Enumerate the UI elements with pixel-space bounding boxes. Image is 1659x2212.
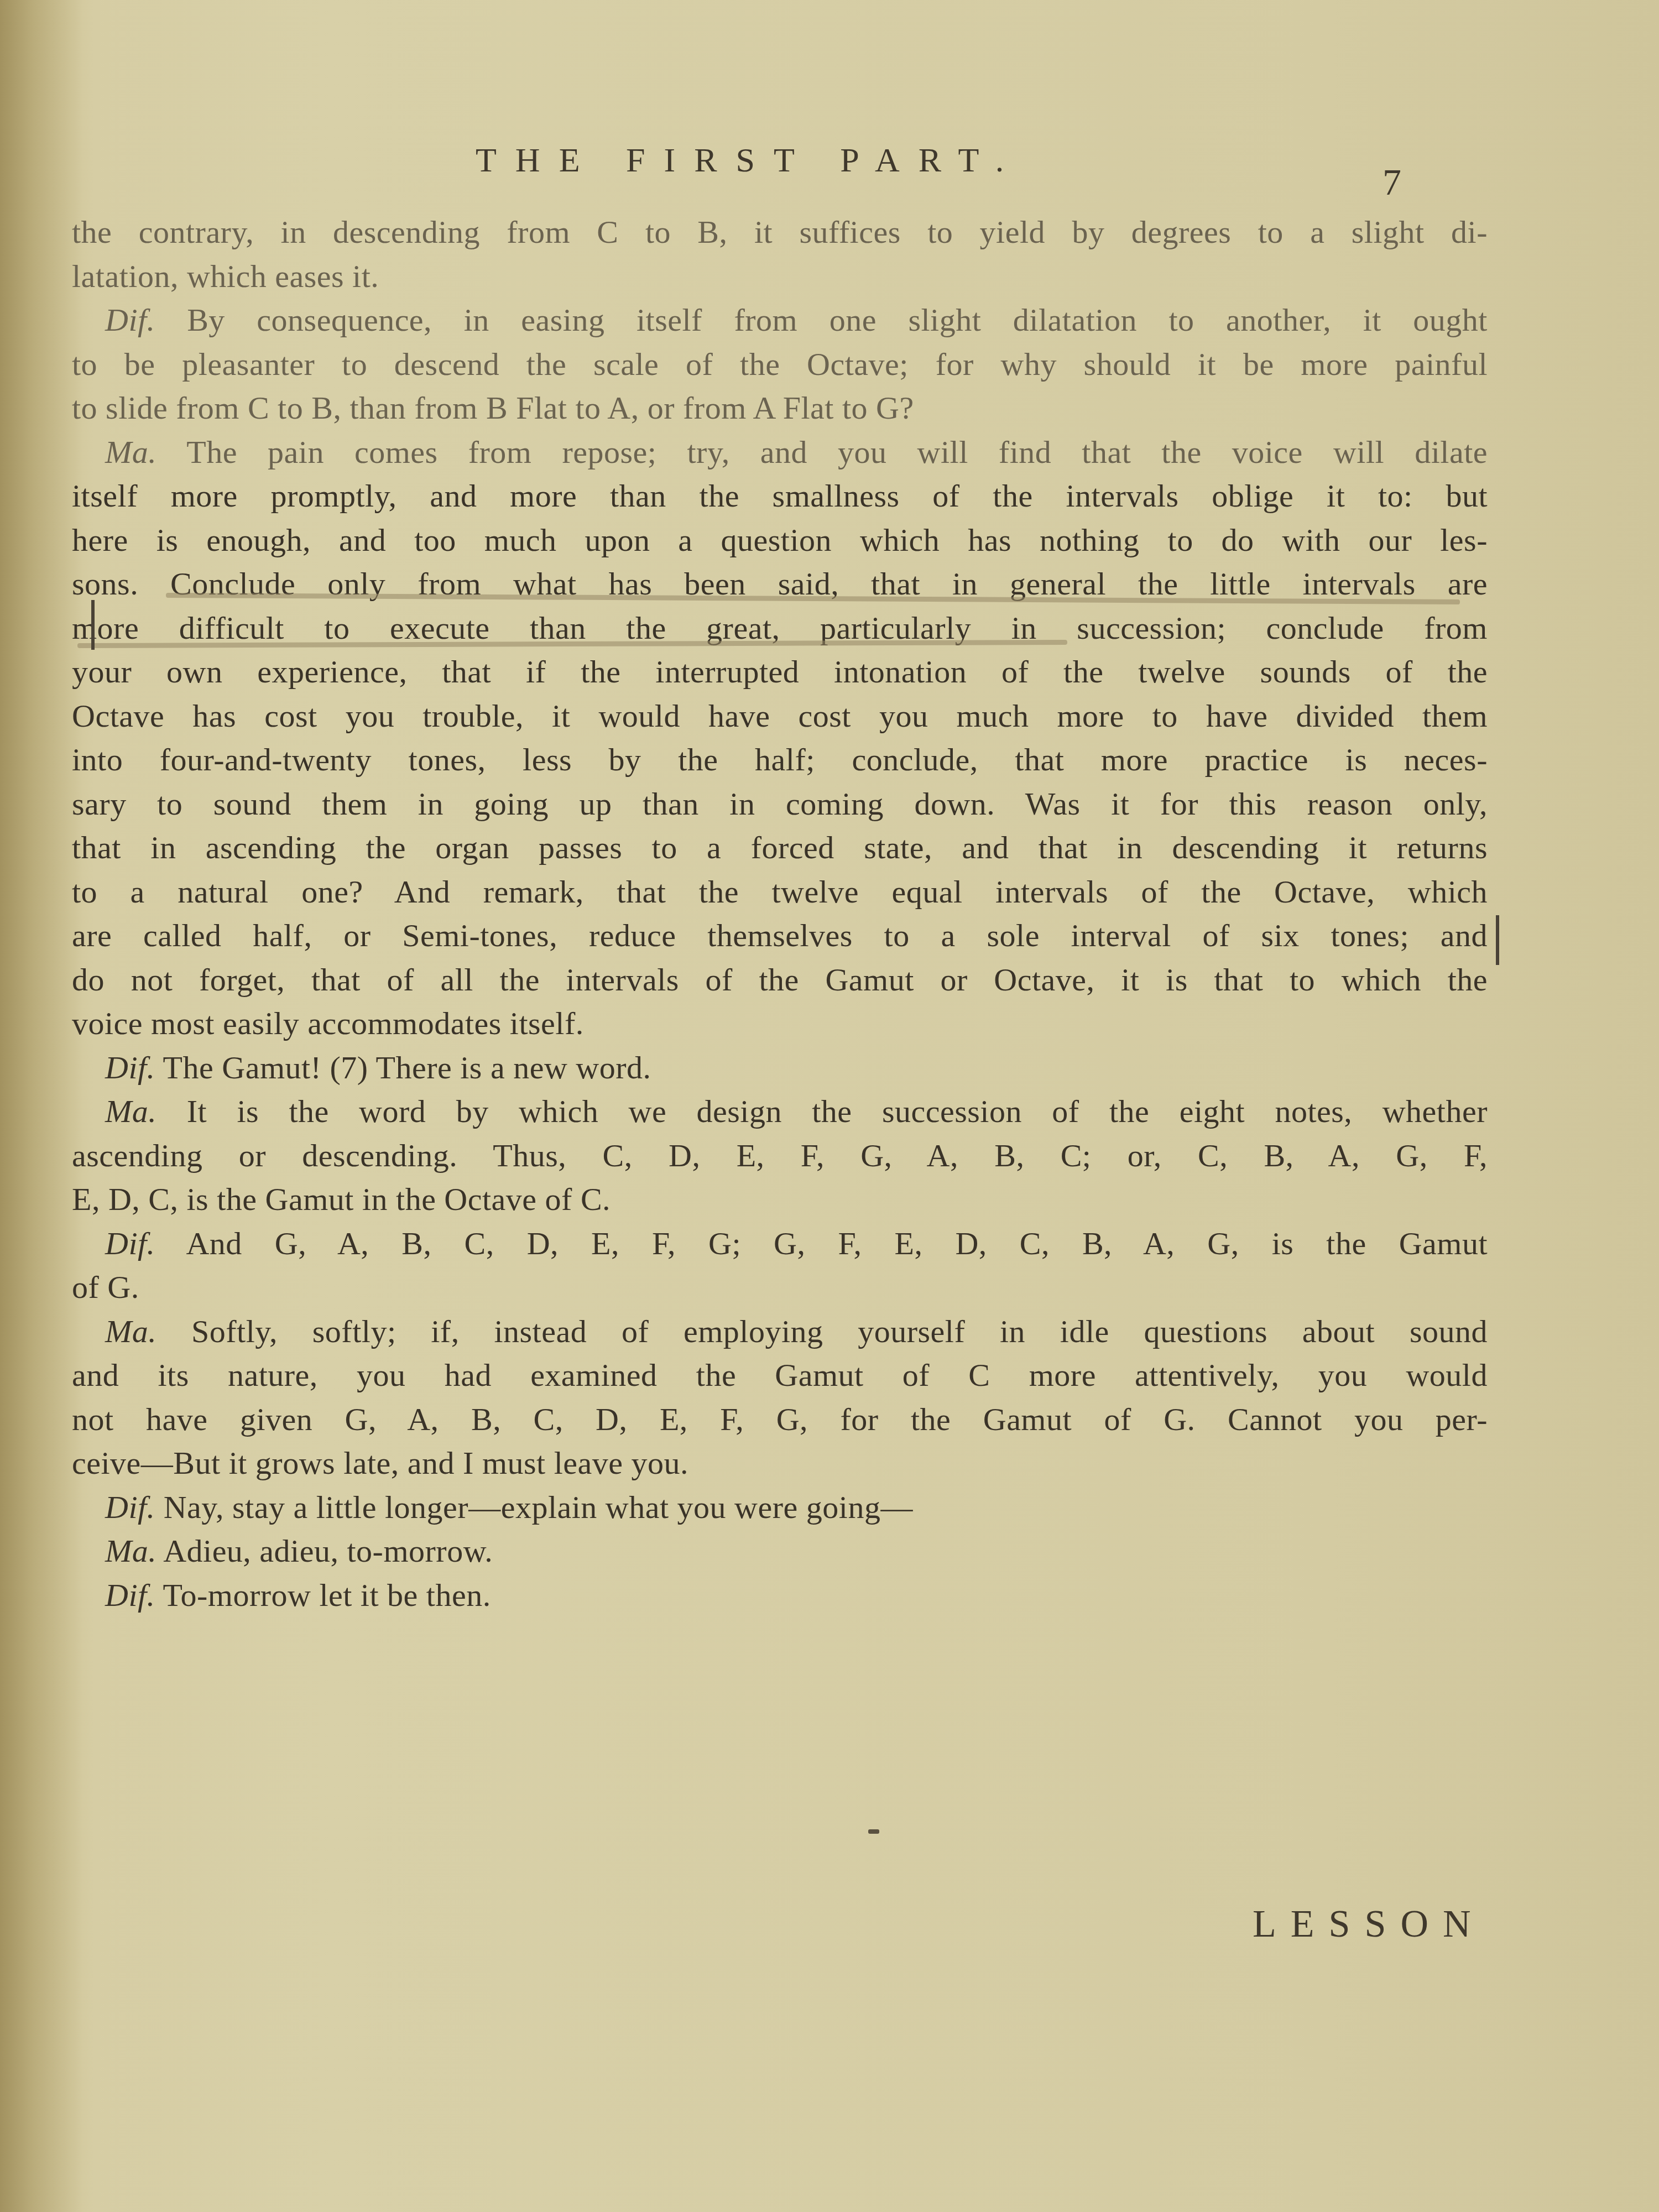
line-text: latation, which eases it.: [72, 258, 379, 294]
line-text: to slide from C to B, than from B Flat t…: [72, 390, 914, 426]
line-text: It is the word by which we design the su…: [156, 1093, 1488, 1129]
line-text: itself more promptly, and more than the …: [72, 478, 1488, 514]
text-line: here is enough, and too much upon a ques…: [72, 518, 1488, 562]
line-text: here is enough, and too much upon a ques…: [72, 522, 1488, 558]
book-page: THE FIRST PART. 7 the contrary, in desce…: [0, 0, 1659, 2212]
line-text: the contrary, in descending from C to B,…: [72, 214, 1488, 250]
margin-mark-right: [1496, 915, 1499, 965]
line-text: to a natural one? And remark, that the t…: [72, 874, 1488, 910]
text-line: Dif. To-morrow let it be then.: [72, 1573, 1488, 1618]
line-text: that in ascending the organ passes to a …: [72, 830, 1488, 865]
page-number: 7: [1383, 160, 1401, 204]
text-line: to a natural one? And remark, that the t…: [72, 870, 1488, 914]
speaker-label: Ma.: [105, 1313, 156, 1349]
line-text: The pain comes from repose; try, and you…: [156, 434, 1488, 470]
text-line: do not forget, that of all the intervals…: [72, 958, 1488, 1002]
gutter-shadow: [0, 0, 83, 2212]
speaker-label: Dif.: [105, 1489, 155, 1525]
text-line: Dif. And G, A, B, C, D, E, F, G; G, F, E…: [72, 1222, 1488, 1266]
text-line: ascending or descending. Thus, C, D, E, …: [72, 1134, 1488, 1178]
text-line: Octave has cost you trouble, it would ha…: [72, 694, 1488, 738]
line-text: By consequence, in easing itself from on…: [155, 302, 1488, 338]
line-text: and its nature, you had examined the Gam…: [72, 1357, 1488, 1393]
text-line: the contrary, in descending from C to B,…: [72, 210, 1488, 254]
text-line: Ma. It is the word by which we design th…: [72, 1089, 1488, 1134]
line-text: ascending or descending. Thus, C, D, E, …: [72, 1138, 1488, 1173]
line-text: The Gamut! (7) There is a new word.: [155, 1050, 651, 1086]
text-line: into four-and-twenty tones, less by the …: [72, 738, 1488, 782]
line-text: not have given G, A, B, C, D, E, F, G, f…: [72, 1401, 1488, 1437]
text-line: Ma. Softly, softly; if, instead of emplo…: [72, 1310, 1488, 1354]
text-line: itself more promptly, and more than the …: [72, 474, 1488, 518]
line-text: do not forget, that of all the intervals…: [72, 962, 1488, 998]
line-text: ceive—But it grows late, and I must leav…: [72, 1445, 688, 1481]
line-text: into four-and-twenty tones, less by the …: [72, 742, 1488, 778]
text-line: and its nature, you had examined the Gam…: [72, 1353, 1488, 1397]
line-text: of G.: [72, 1269, 139, 1305]
text-line: your own experience, that if the interru…: [72, 650, 1488, 694]
running-head: THE FIRST PART.: [476, 141, 1022, 180]
text-line: ceive—But it grows late, and I must leav…: [72, 1441, 1488, 1485]
section-divider: [868, 1829, 879, 1834]
text-line: latation, which eases it.: [72, 254, 1488, 299]
speaker-label: Dif.: [105, 1577, 155, 1613]
speaker-label: Ma.: [105, 1533, 156, 1569]
line-text: sary to sound them in going up than in c…: [72, 786, 1488, 822]
text-line: E, D, C, is the Gamut in the Octave of C…: [72, 1177, 1488, 1222]
text-line: sary to sound them in going up than in c…: [72, 782, 1488, 826]
text-line: not have given G, A, B, C, D, E, F, G, f…: [72, 1397, 1488, 1442]
text-line: to slide from C to B, than from B Flat t…: [72, 386, 1488, 430]
line-text: Softly, softly; if, instead of employing…: [156, 1313, 1488, 1349]
line-text: Octave has cost you trouble, it would ha…: [72, 698, 1488, 734]
line-text: voice most easily accommodates itself.: [72, 1005, 584, 1041]
text-line: Ma. The pain comes from repose; try, and…: [72, 430, 1488, 474]
text-line: voice most easily accommodates itself.: [72, 1001, 1488, 1046]
text-line: Ma. Adieu, adieu, to-morrow.: [72, 1529, 1488, 1573]
line-text: Nay, stay a little longer—explain what y…: [155, 1489, 913, 1525]
text-line: are called half, or Semi-tones, reduce t…: [72, 914, 1488, 958]
dialogue-body: the contrary, in descending from C to B,…: [72, 210, 1488, 1617]
speaker-label: Dif.: [105, 1050, 155, 1086]
line-text: And G, A, B, C, D, E, F, G; G, F, E, D, …: [155, 1225, 1488, 1261]
speaker-label: Dif.: [105, 302, 155, 338]
line-text: To-morrow let it be then.: [155, 1577, 491, 1613]
text-line: Dif. The Gamut! (7) There is a new word.: [72, 1046, 1488, 1090]
text-line: of G.: [72, 1265, 1488, 1310]
catchword: LESSON: [1253, 1902, 1485, 1947]
line-text: your own experience, that if the interru…: [72, 654, 1488, 690]
speaker-label: Dif.: [105, 1225, 155, 1261]
line-text: to be pleasanter to descend the scale of…: [72, 346, 1488, 382]
speaker-label: Ma.: [105, 434, 156, 470]
text-line: that in ascending the organ passes to a …: [72, 826, 1488, 870]
line-text: are called half, or Semi-tones, reduce t…: [72, 917, 1488, 953]
speaker-label: Ma.: [105, 1093, 156, 1129]
text-line: Dif. By consequence, in easing itself fr…: [72, 298, 1488, 342]
margin-mark-left: [91, 600, 95, 650]
line-text: E, D, C, is the Gamut in the Octave of C…: [72, 1181, 611, 1217]
text-line: Dif. Nay, stay a little longer—explain w…: [72, 1485, 1488, 1530]
text-line: to be pleasanter to descend the scale of…: [72, 342, 1488, 387]
line-text: Adieu, adieu, to-morrow.: [156, 1533, 493, 1569]
